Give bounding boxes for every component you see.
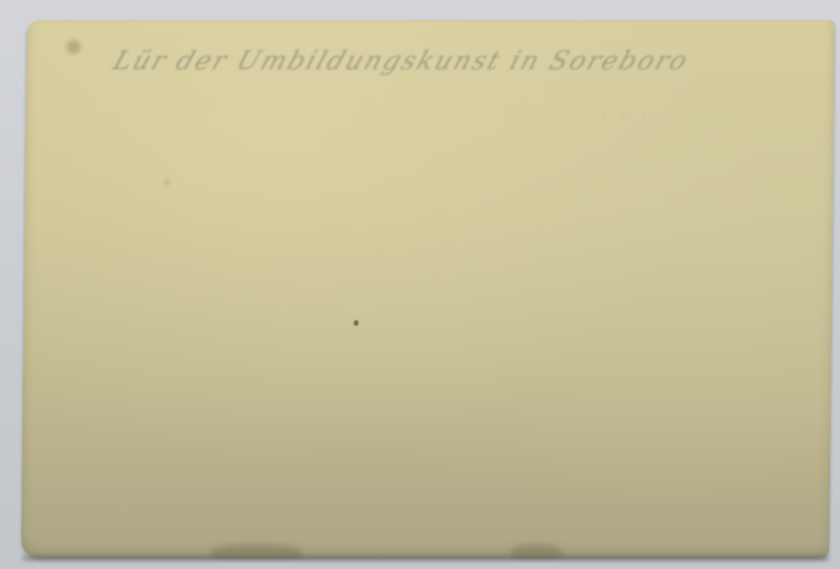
- photo-scene: Lür der Umbildungskunst in Soreboro · · …: [0, 0, 840, 569]
- paper-stain: [66, 40, 80, 54]
- antique-photo-card-back: Lür der Umbildungskunst in Soreboro · · …: [21, 20, 835, 558]
- ink-speck: [354, 320, 359, 326]
- card-edge-shadow: [21, 556, 829, 561]
- paper-speck: [165, 180, 169, 184]
- handwritten-secondary-marks: · · ·: [601, 108, 653, 124]
- handwritten-inscription: Lür der Umbildungskunst in Soreboro: [109, 46, 759, 76]
